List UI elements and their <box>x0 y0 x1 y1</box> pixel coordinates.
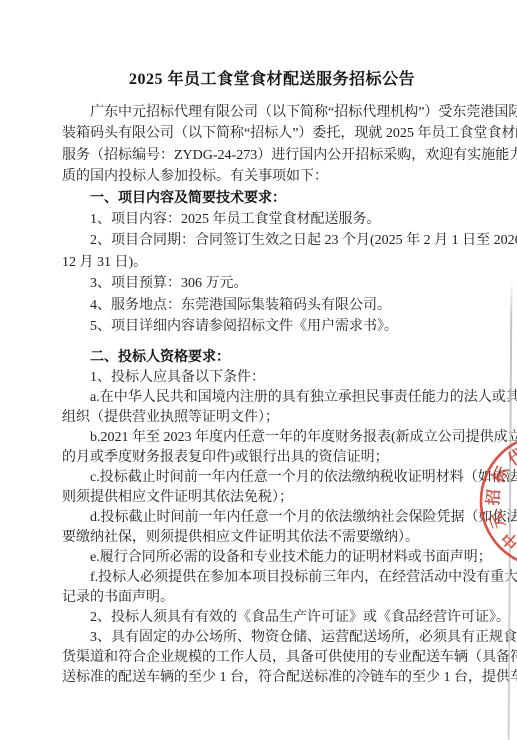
document-line: 则须提供相应文件证明其依法免税）； <box>62 488 462 508</box>
seal-character: 招 <box>483 489 503 507</box>
document-line: 广东中元招标代理有限公司（以下简称“招标代理机构”）受东莞港国际集 <box>62 102 462 123</box>
section-bidder-qualification-requirements: 二、投标人资格要求：1、投标人应具备以下条件：a.在中华人民共和国境内注册的具有… <box>62 348 462 688</box>
document-line: c.投标截止时间前一年内任意一个月的依法缴纳税收证明材料（如依法免税， <box>62 468 462 488</box>
document-line: 1、项目内容：2025 年员工食堂食材配送服务。 <box>62 209 462 230</box>
document-line: 服务（招标编号：ZYDG-24-273）进行国内公开招标采购，欢迎有实施能力和资 <box>62 145 462 166</box>
document-line: 记录的书面声明。 <box>62 588 462 608</box>
document-line: 要缴纳社保，则须提供相应文件证明其依法不需要缴纳）。 <box>62 528 462 548</box>
document-line: 组织（提供营业执照等证明文件）； <box>62 408 462 428</box>
document-line: d.投标截止时间前一年内任意一个月的依法缴纳社会保险凭据（如依法不需 <box>62 508 462 528</box>
document-line: 二、投标人资格要求： <box>62 348 462 368</box>
document-page: 2025 年员工食堂食材配送服务招标公告 广东中元招标代理有限公司（以下简称“招… <box>0 0 517 740</box>
document-line: 3、项目预算：306 万元。 <box>62 273 462 294</box>
document-line: 1、投标人应具备以下条件： <box>62 368 462 388</box>
document-line: f.投标人必须提供在参加本项目投标前三年内，在经营活动中没有重大违法 <box>62 568 462 588</box>
document-line: 12 月 31 日)。 <box>62 252 462 273</box>
document-line: 5、项目详细内容请参阅招标文件《用户需求书》。 <box>62 316 462 337</box>
document-title: 2025 年员工食堂食材配送服务招标公告 <box>62 68 456 92</box>
document-line: 质的国内投标人参加投标。有关事项如下： <box>62 166 462 187</box>
document-line: a.在中华人民共和国境内注册的具有独立承担民事责任能力的法人或其他 <box>62 388 462 408</box>
section-intro-and-project-content: 广东中元招标代理有限公司（以下简称“招标代理机构”）受东莞港国际集装箱码头有限公… <box>62 102 462 337</box>
document-line: 装箱码头有限公司（以下简称“招标人”）委托，现就 2025 年员工食堂食材配送 <box>62 123 462 144</box>
document-line: e.履行合同所必需的设备和专业技术能力的证明材料或书面声明； <box>62 548 462 568</box>
document-line: 3、具有固定的办公场所、物资仓储、运营配送场所，必须具有正规食品进 <box>62 628 462 648</box>
document-line: 货渠道和符合企业规模的工作人员，具备可供使用的专业配送车辆（具备符合配 <box>62 648 462 668</box>
document-line: 送标准的配送车辆的至少 1 台，符合配送标准的冷链车的至少 1 台，提供车辆行 <box>62 668 462 688</box>
document-line: 一、项目内容及简要技术要求： <box>62 188 462 209</box>
document-line: 4、服务地点：东莞港国际集装箱码头有限公司。 <box>62 295 462 316</box>
document-line: b.2021 年至 2023 年度内任意一年的年度财务报表(新成立公司提供成立至… <box>62 428 462 448</box>
document-line: 的月或季度财务报表复印件)或银行出具的资信证明； <box>62 448 462 468</box>
document-line: 2、项目合同期：合同签订生效之日起 23 个月(2025 年 2 月 1 日至 … <box>62 230 462 251</box>
document-line: 2、投标人须具有有效的《食品生产许可证》或《食品经营许可证》。 <box>62 608 462 628</box>
